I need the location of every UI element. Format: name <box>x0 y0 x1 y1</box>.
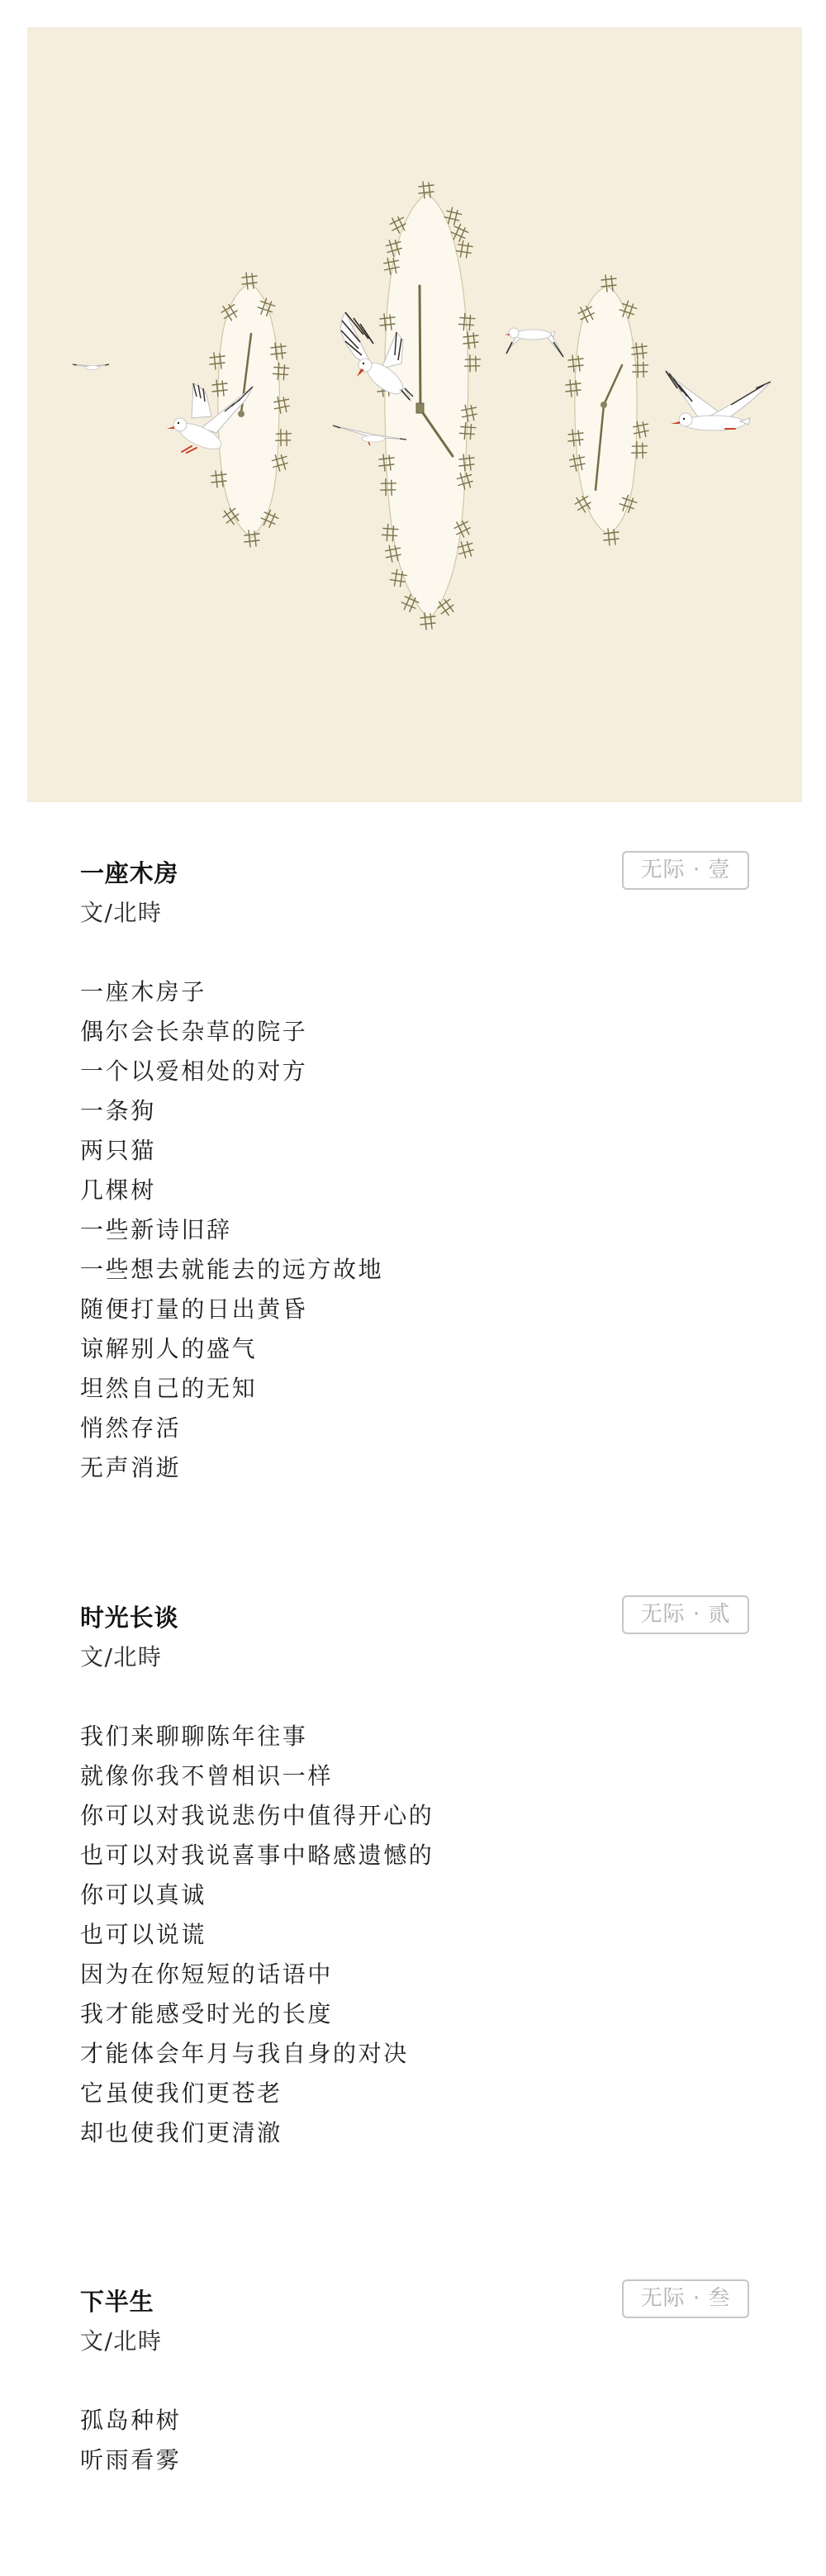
poem-line: 无声消逝 <box>80 1448 749 1488</box>
poem-line: 才能体会年月与我自身的对决 <box>80 2034 749 2074</box>
poem-line: 随便打量的日出黄昏 <box>80 1290 749 1329</box>
poem-section: 下半生 无际 · 叁 文/北時 孤岛种树 听雨看雾 <box>80 2282 749 2480</box>
poem-line: 却也使我们更清澈 <box>80 2113 749 2153</box>
series-badge: 无际 · 叁 <box>622 2279 749 2318</box>
poem-line: 就像你我不曾相识一样 <box>80 1756 749 1796</box>
illustration-canvas <box>0 0 826 826</box>
poem-line: 它虽使我们更苍老 <box>80 2074 749 2113</box>
poem-line: 偶尔会长杂草的院子 <box>80 1012 749 1052</box>
blank-line <box>80 2361 749 2401</box>
poem-author: 文/北時 <box>80 893 749 933</box>
poem-line: 孤岛种树 <box>80 2401 749 2441</box>
poem-line: 你可以真诚 <box>80 1875 749 1915</box>
clock-pivot <box>416 403 424 413</box>
poem-section: 时光长谈 无际 · 贰 文/北時 我们来聊聊陈年往事 就像你我不曾相识一样 你可… <box>80 1598 749 2153</box>
poem-line: 因为在你短短的话语中 <box>80 1955 749 1994</box>
poem-line: 听雨看雾 <box>80 2441 749 2480</box>
poem-line: 几棵树 <box>80 1171 749 1210</box>
poem-line: 谅解别人的盛气 <box>80 1329 749 1369</box>
hero-illustration <box>0 0 826 826</box>
poem-line: 一座木房子 <box>80 972 749 1012</box>
clock-pivot <box>238 411 244 417</box>
clock-pivot <box>601 402 607 408</box>
series-badge: 无际 · 壹 <box>622 851 749 890</box>
blank-line <box>80 933 749 972</box>
poem-line: 一些想去就能去的远方故地 <box>80 1250 749 1290</box>
poem-line: 坦然自己的无知 <box>80 1369 749 1409</box>
poem-line: 一个以爱相处的对方 <box>80 1052 749 1091</box>
poem-author: 文/北時 <box>80 2322 749 2361</box>
poem-line: 一些新诗旧辞 <box>80 1210 749 1250</box>
minute-hand <box>420 286 420 408</box>
series-badge: 无际 · 贰 <box>622 1595 749 1634</box>
poem-line: 也可以对我说喜事中略感遗憾的 <box>80 1836 749 1875</box>
poem-line: 两只猫 <box>80 1131 749 1171</box>
poem-section: 一座木房 无际 · 壹 文/北時 一座木房子 偶尔会长杂草的院子 一个以爱相处的… <box>80 853 749 1488</box>
poem-author: 文/北時 <box>80 1637 749 1677</box>
blank-line <box>80 1677 749 1717</box>
poem-line: 也可以说谎 <box>80 1915 749 1955</box>
poem-line: 悄然存活 <box>80 1409 749 1448</box>
poem-line: 你可以对我说悲伤中值得开心的 <box>80 1796 749 1836</box>
poem-line: 我们来聊聊陈年往事 <box>80 1717 749 1756</box>
poem-line: 一条狗 <box>80 1091 749 1131</box>
poem-line: 我才能感受时光的长度 <box>80 1994 749 2034</box>
